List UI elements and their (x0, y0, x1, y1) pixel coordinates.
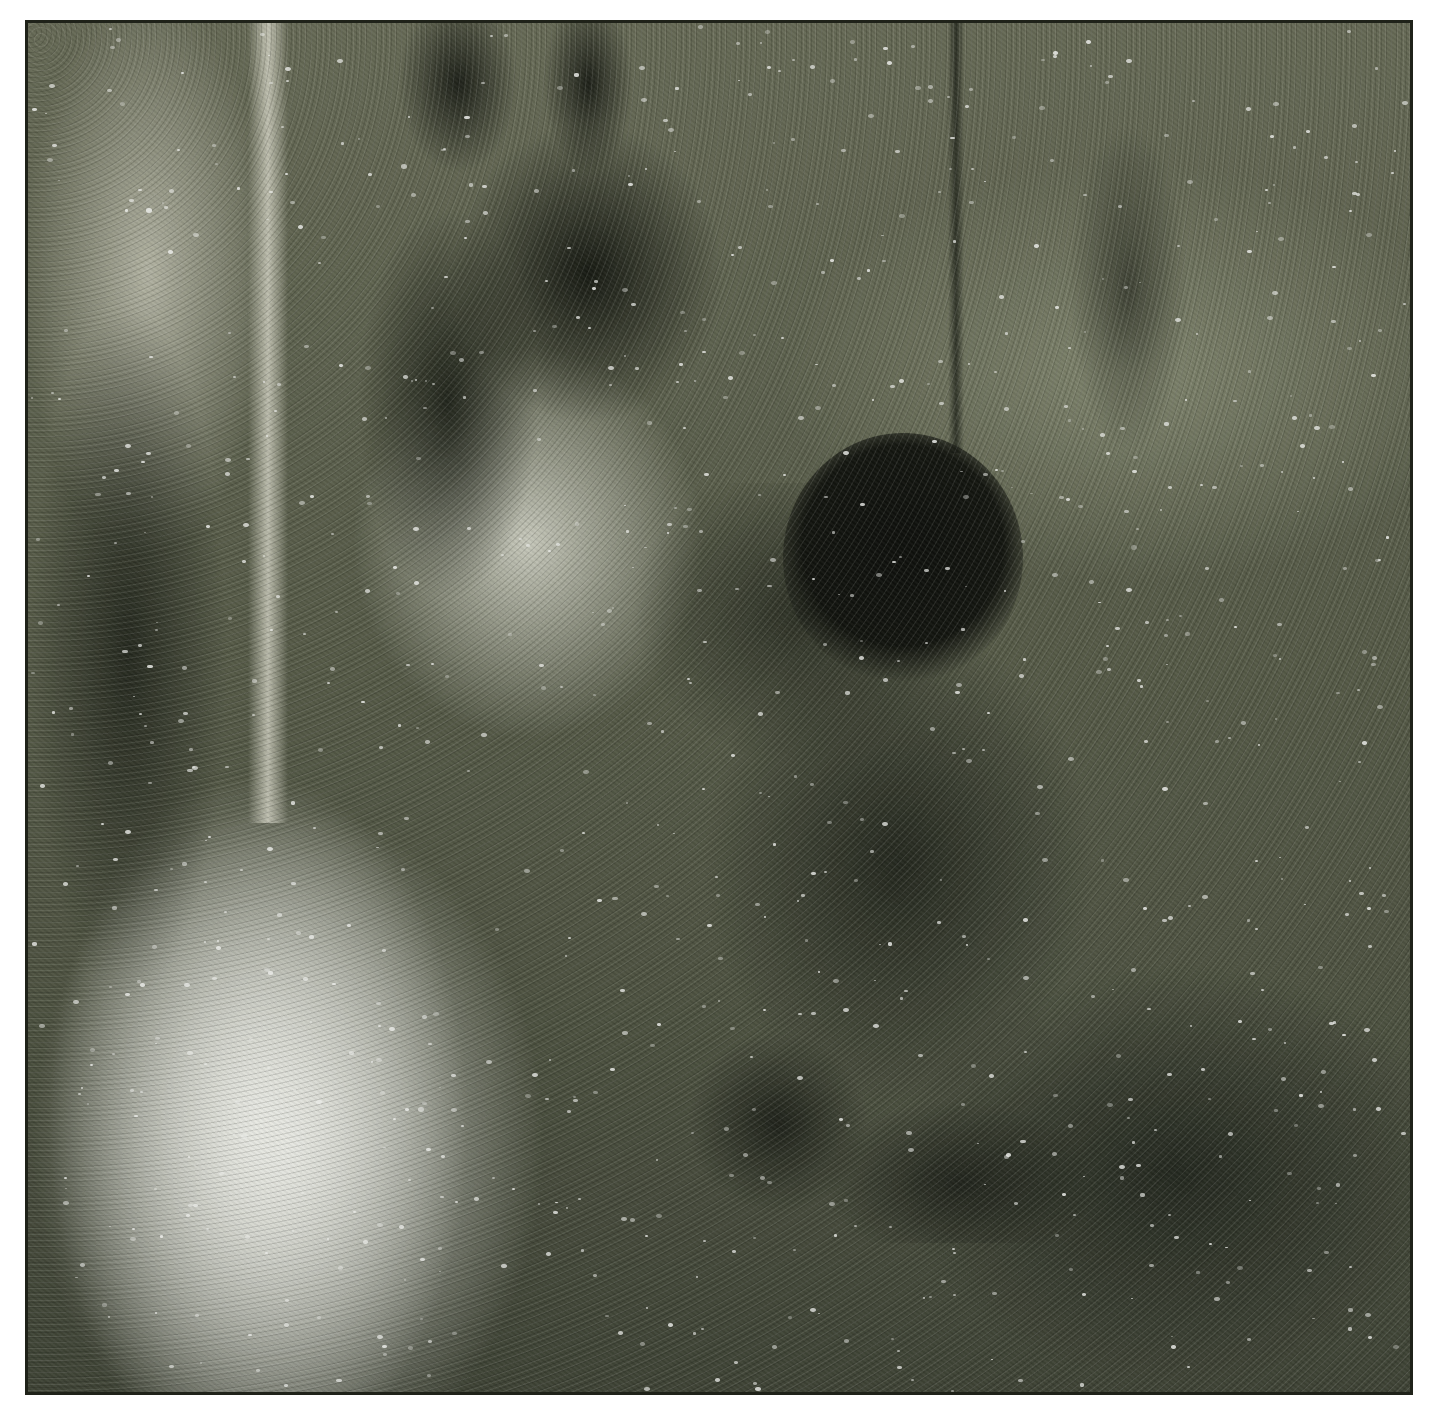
photograph: A small child crouching on the ground, b… (25, 20, 1413, 1395)
olive-tint (28, 23, 1410, 1392)
